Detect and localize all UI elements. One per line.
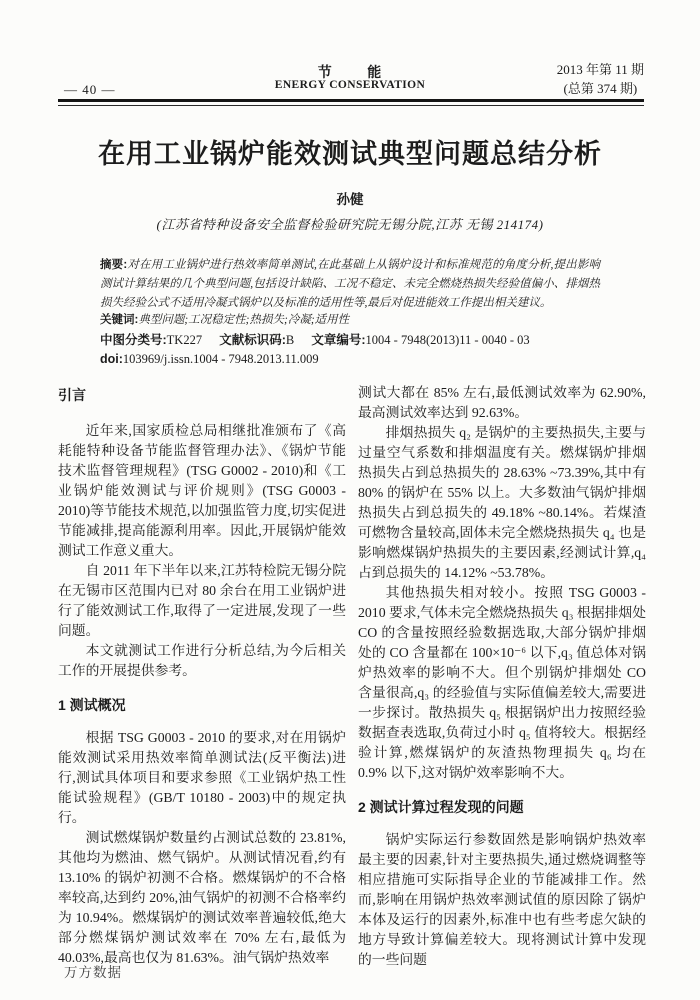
abstract-label: 摘要: [100,259,127,271]
doc-code-group: 文献标识码:B [219,333,294,347]
article-id-value: 1004 - 7948(2013)11 - 0040 - 03 [366,333,530,347]
section1-heading: 1 测试概况 [58,695,346,715]
doc-code-value: B [286,333,294,347]
paragraph: 其他热损失相对较小。按照 TSG G0003 - 2010 要求,气体未完全燃烧… [358,583,646,783]
meta-line: 中图分类号:TK227 文献标识码:B 文章编号:1004 - 7948(201… [100,330,620,348]
keywords-label: 关键词: [100,314,138,326]
keywords-text: 典型问题;工况稳定性;热损失;冷凝;适用性 [138,314,349,326]
left-column: 引言 近年来,国家质检总局相继批准颁布了《高耗能特种设备节能监督管理办法》、《锅… [58,383,346,970]
section2-heading: 2 测试计算过程发现的问题 [358,797,646,817]
article-id-group: 文章编号:1004 - 7948(2013)11 - 0040 - 03 [311,333,529,347]
header-divider [58,99,644,106]
paragraph: 自 2011 年下半年以来,江苏特检院无锡分院在无锡市区范围内已对 80 余台在… [58,561,346,641]
paragraph: 本文就测试工作进行分析总结,为今后相关工作的开展提供参考。 [58,641,346,681]
right-column: 测试大都在 85% 左右,最低测试效率为 62.90%,最高测试效率达到 92.… [358,383,646,970]
paragraph: 测试燃煤锅炉数量约占测试总数的 23.81%,其他均为燃油、燃气锅炉。从测试情况… [58,828,346,968]
doc-code-label: 文献标识码: [219,333,286,347]
issue-line2: (总第 374 期) [557,79,644,98]
paragraph: 根据 TSG G0003 - 2010 的要求,对在用锅炉能效测试采用热效率简单… [58,728,346,828]
doi-line: doi:103969/j.issn.1004 - 7948.2013.11.00… [100,352,620,367]
article-id-label: 文章编号: [311,333,365,347]
article-body: 引言 近年来,国家质检总局相继批准颁布了《高耗能特种设备节能监督管理办法》、《锅… [58,383,646,970]
page-number: — 40 — [64,82,116,98]
article-title: 在用工业锅炉能效测试典型问题总结分析 [0,132,700,171]
paragraph: 测试大都在 85% 左右,最低测试效率为 62.90%,最高测试效率达到 92.… [358,383,646,423]
author-affiliation: (江苏省特种设备安全监督检验研究院无锡分院,江苏 无锡 214174) [0,214,700,233]
paragraph: 近年来,国家质检总局相继批准颁布了《高耗能特种设备节能监督管理办法》、《锅炉节能… [58,421,346,561]
clc-group: 中图分类号:TK227 [100,333,202,347]
paragraph: 排烟热损失 q₂ 是锅炉的主要热损失,主要与过量空气系数和排烟温度有关。燃煤锅炉… [358,423,646,583]
wanfang-watermark: 万方数据 [64,961,122,981]
author-name: 孙健 [0,188,700,208]
clc-value: TK227 [167,333,202,347]
issue-info: 2013 年第 11 期 (总第 374 期) [557,60,644,98]
issue-line1: 2013 年第 11 期 [557,60,644,79]
doi-label: doi: [100,352,123,366]
intro-heading: 引言 [58,385,346,405]
paragraph: 锅炉实际运行参数固然是影响锅炉热效率最主要的因素,针对主要热损失,通过燃烧调整等… [358,830,646,970]
keywords: 关键词:典型问题;工况稳定性;热损失;冷凝;适用性 [100,311,600,327]
abstract-text: 对在用工业锅炉进行热效率简单测试,在此基础上从锅炉设计和标准规范的角度分析,提出… [100,259,600,309]
doi-value: 103969/j.issn.1004 - 7948.2013.11.009 [123,352,319,366]
abstract: 摘要:对在用工业锅炉进行热效率简单测试,在此基础上从锅炉设计和标准规范的角度分析… [100,256,600,313]
journal-page: 节 能 ENERGY CONSERVATION — 40 — 2013 年第 1… [0,0,700,1000]
clc-label: 中图分类号: [100,333,167,347]
